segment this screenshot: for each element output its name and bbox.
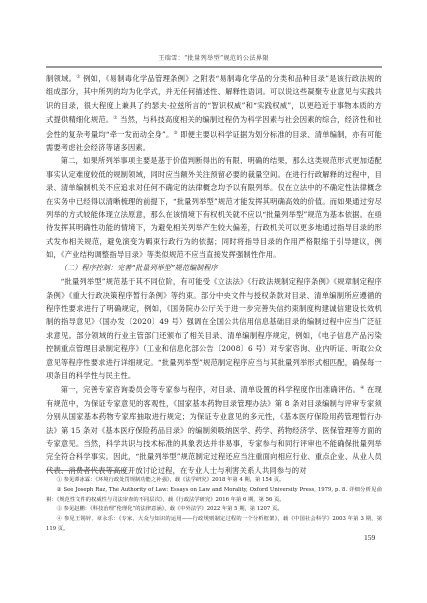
paragraph: 制领域。① 例如，《易制毒化学品管理条例》之附表“易制毒化学品的分类和品种目录”… — [46, 71, 382, 154]
text-run: “批量列举型”规范基于其不同位阶，有可能受《立法法》《行政法规制定程序条例》《规… — [46, 277, 382, 380]
running-head: 王瑞雪：“批量列举型”规范的公法界限 — [0, 53, 427, 62]
footnote: ② See Joseph Raz, The Authority of Law: … — [46, 486, 382, 506]
footnote-text: 参见谭冰霖：《环境行政处罚规制功能之补强》，载《法学研究》2018 年第 4 期… — [64, 477, 285, 483]
footnotes: ① 参见谭冰霖：《环境行政处罚规制功能之补强》，载《法学研究》2018 年第 4… — [46, 476, 382, 535]
footnote-text: 参见王锡锌、章永乐：《专家、大众与知识的运用——行政规则制定过程的一个分析框架》… — [46, 516, 382, 532]
body-text: 制领域。① 例如，《易制毒化学品管理条例》之附表“易制毒化学品的分类和品种目录”… — [46, 71, 382, 477]
text-run: 在现有规范中，为保证专家意见的客观性，《国家基本药物目录管理办法》第 8 条对目… — [46, 385, 382, 474]
footnote-mark: ① — [57, 477, 64, 483]
text-run: 制领域。 — [46, 74, 76, 83]
paragraph: 第一，完善专家咨询委员会等专家参与程序，对目录、清单设置的科学程度作出准确评估。… — [46, 382, 382, 477]
footnote-mark: ② — [57, 487, 64, 493]
footnote-mark: ④ — [57, 516, 64, 522]
paragraph: “批量列举型”规范基于其不同位阶，有可能受《立法法》《行政法规制定程序条例》《规… — [46, 275, 382, 382]
footnote-mark: ③ — [57, 506, 64, 512]
footnote-text: See Joseph Raz, The Authority of Law: Es… — [46, 487, 382, 503]
text-run: 第二，如果所列举事项主要是基于价值判断得出的有限、明确的结果，那么这类规范形式更… — [46, 156, 382, 259]
footnote: ① 参见谭冰霖：《环境行政处罚规制功能之补强》，载《法学研究》2018 年第 4… — [46, 476, 382, 486]
footnote: ④ 参见王锡锌、章永乐：《专家、大众与知识的运用——行政规则制定过程的一个分析框… — [46, 515, 382, 535]
page-number: 159 — [364, 533, 375, 542]
header-rule — [46, 66, 382, 68]
text-run: （二）程序控制：完善“批量列举型”规范编制程序 — [60, 264, 218, 272]
paragraph: 第二，如果所列举事项主要是基于价值判断得出的有限、明确的结果，那么这类规范形式更… — [46, 154, 382, 261]
section-heading: （二）程序控制：完善“批量列举型”规范编制程序 — [46, 262, 382, 275]
footnote: ③ 参见赵鹏：《科技治理“伦理化”的法律意涵》，载《中外法学》2022 年第 5… — [46, 505, 382, 515]
footnote-rule — [46, 470, 126, 471]
text-run: 第一，完善专家咨询委员会等专家参与程序，对目录、清单设置的科学程度作出准确评估。 — [61, 385, 361, 394]
footnote-text: 参见赵鹏：《科技治理“伦理化”的法律意涵》，载《中外法学》2022 年第 5 期… — [64, 506, 283, 512]
